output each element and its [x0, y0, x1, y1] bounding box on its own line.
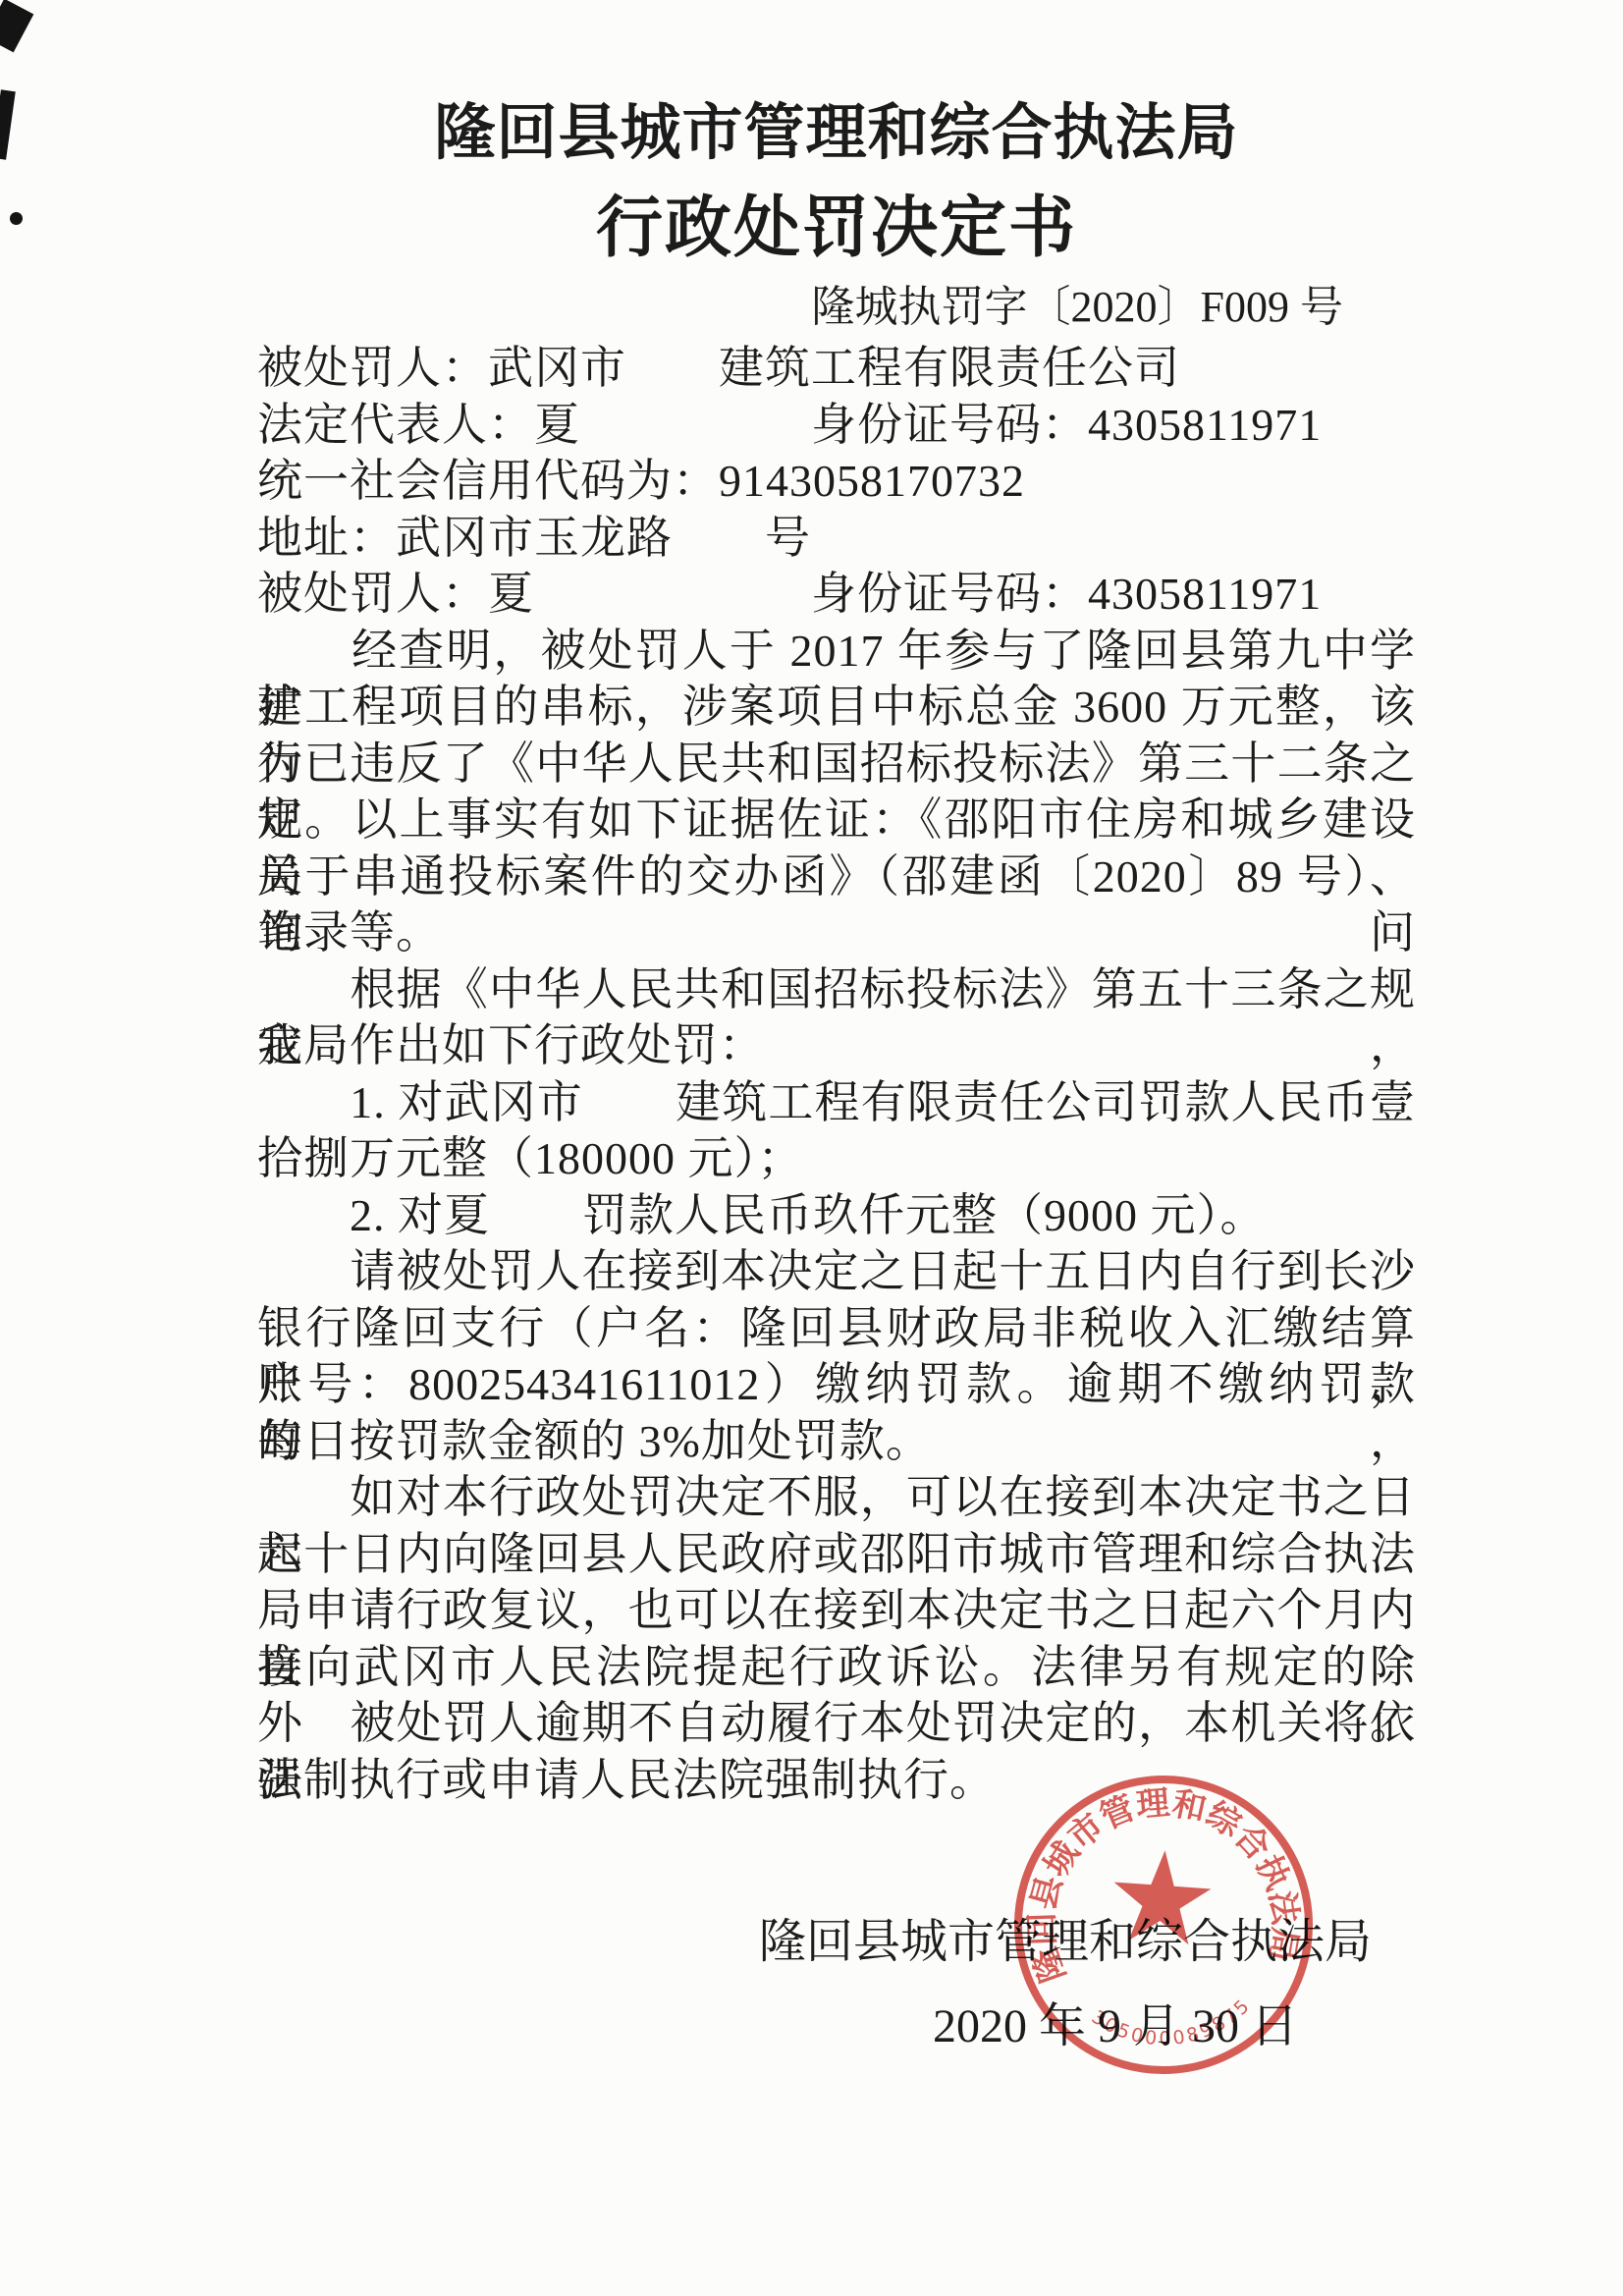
body-line: 账号：800254341611012）缴纳罚款。逾期不缴纳罚款的，: [257, 1356, 1416, 1413]
body-line: 根据《中华人民共和国招标投标法》第五十三条之规定，: [257, 961, 1416, 1018]
body-line: 局申请行政复议，也可以在接到本决定书之日起六个月内直: [257, 1582, 1416, 1639]
body-line: 地址：武冈市玉龙路 号: [257, 510, 1416, 567]
body-line: 被处罚人：夏 身份证号码：4305811971: [257, 566, 1416, 623]
body-line: 请被处罚人在接到本决定之日起十五日内自行到长沙: [257, 1243, 1416, 1300]
scan-artifact: [0, 0, 33, 52]
body-line: 银行隆回支行（户名：隆回县财政局非税收入汇缴结算户，: [257, 1300, 1416, 1357]
document-number: 隆城执罚字〔2020〕F009 号: [257, 275, 1416, 340]
body-line: 被处罚人：武冈市 建筑工程有限责任公司: [257, 340, 1416, 397]
body-line: 接向武冈市人民法院提起行政诉讼。法律另有规定的除外。: [257, 1639, 1416, 1696]
body-line: 为已违反了《中华人民共和国招标投标法》第三十二条之规: [257, 736, 1416, 793]
body-line: 六十日内向隆回县人民政府或邵阳市城市管理和综合执法: [257, 1526, 1416, 1583]
body-line: 如对本行政处罚决定不服，可以在接到本决定书之日起: [257, 1469, 1416, 1526]
document-body: 隆回县城市管理和综合执法局 行政处罚决定书 隆城执罚字〔2020〕F009 号 …: [257, 86, 1416, 2055]
body-line: 经查明，被处罚人于 2017 年参与了隆回县第九中学扩: [257, 623, 1416, 680]
signature-agency: 隆回县城市管理和综合执法局: [257, 1914, 1416, 1971]
body-line: 法定代表人：夏 身份证号码：4305811971: [257, 397, 1416, 454]
document-title: 隆回县城市管理和综合执法局: [257, 86, 1416, 181]
body-line: 定。以上事实有如下证据佐证：《邵阳市住房和城乡建设局: [257, 792, 1416, 848]
document-subtitle: 行政处罚决定书: [257, 181, 1416, 275]
scan-artifact: [10, 212, 23, 225]
body-line: 统一社会信用代码为：9143058170732: [257, 453, 1416, 510]
body-line: 2. 对夏 罚款人民币玖仟元整（9000 元）。: [257, 1187, 1416, 1244]
scan-artifact: [0, 89, 16, 159]
body-line: 拾捌万元整（180000 元）；: [257, 1130, 1416, 1187]
body-line: 关于串通投标案件的交办函》（邵建函〔2020〕89 号）、询问: [257, 848, 1416, 905]
body-line: 建工程项目的串标，涉案项目中标总金 3600 万元整，该行: [257, 679, 1416, 736]
body-line: 1. 对武冈市 建筑工程有限责任公司罚款人民币壹: [257, 1074, 1416, 1131]
body-line: 强制执行或申请人民法院强制执行。: [257, 1752, 1416, 1809]
scanned-document-page: 隆回县城市管理和综合执法局 行政处罚决定书 隆城执罚字〔2020〕F009 号 …: [0, 0, 1623, 2296]
body-line: 被处罚人逾期不自动履行本处罚决定的，本机关将依法: [257, 1695, 1416, 1752]
signature-date: 2020 年 9 月 30 日: [257, 1998, 1416, 2055]
